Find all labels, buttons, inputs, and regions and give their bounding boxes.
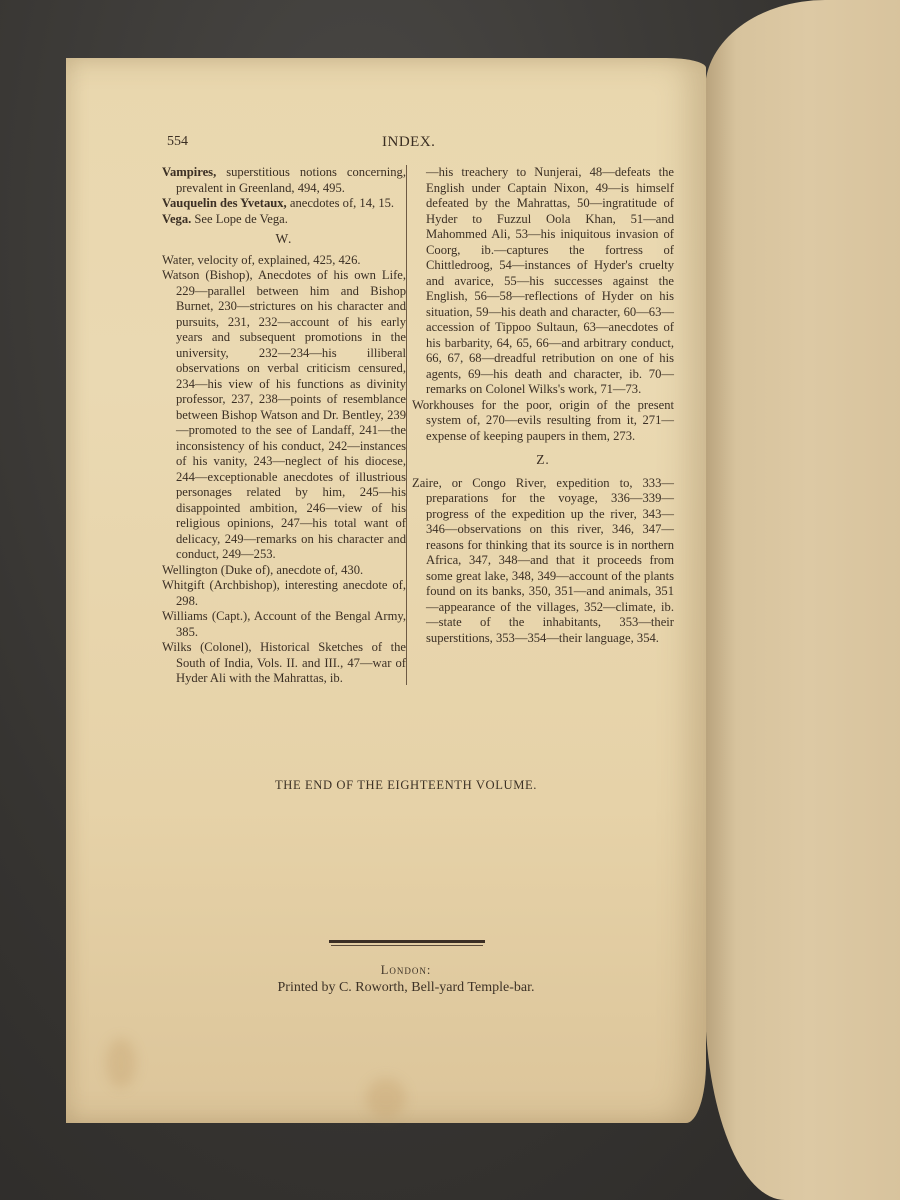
- running-head: 554 INDEX.: [167, 134, 517, 154]
- colophon-rule: [329, 940, 485, 943]
- index-entry: Watson (Bishop), Anecdotes of his own Li…: [162, 268, 406, 563]
- imprint-city: London:: [256, 963, 556, 978]
- end-of-volume-line: THE END OF THE EIGHTEENTH VOLUME.: [256, 778, 556, 793]
- colophon-rule-thin: [331, 945, 483, 946]
- section-letter-z: Z.: [412, 452, 674, 468]
- index-entry: Vega. See Lope de Vega.: [162, 212, 406, 228]
- index-entry: Wilks (Colonel), Historical Sketches of …: [162, 640, 406, 687]
- index-entry: Wellington (Duke of), anecdote of, 430.: [162, 563, 406, 579]
- running-title: INDEX.: [382, 134, 435, 151]
- index-entry: Williams (Capt.), Account of the Bengal …: [162, 609, 406, 640]
- index-entry: Whitgift (Archbishop), interesting anecd…: [162, 578, 406, 609]
- index-entry: Vauquelin des Yvetaux, anecdotes of, 14,…: [162, 196, 406, 212]
- book-page: 554 INDEX. Vampires, superstitious notio…: [66, 58, 706, 1123]
- index-entry: Water, velocity of, explained, 425, 426.: [162, 253, 406, 269]
- printer-imprint: Printed by C. Roworth, Bell-yard Temple-…: [216, 980, 596, 996]
- index-column-left: Vampires, superstitious notions concerni…: [162, 165, 406, 687]
- index-entry: Zaire, or Congo River, expedition to, 33…: [412, 476, 674, 647]
- foxing-stain: [366, 1078, 406, 1118]
- index-entry: Workhouses for the poor, origin of the p…: [412, 398, 674, 445]
- page-number: 554: [167, 134, 188, 150]
- section-letter-w: W.: [162, 231, 406, 247]
- index-entry-continuation: —his treachery to Nunjerai, 48—defeats t…: [412, 165, 674, 398]
- index-entry: Vampires, superstitious notions concerni…: [162, 165, 406, 196]
- facing-page-edge: [705, 0, 900, 1200]
- foxing-stain: [106, 1038, 136, 1088]
- index-column-right: —his treachery to Nunjerai, 48—defeats t…: [412, 165, 674, 646]
- column-divider: [406, 165, 407, 685]
